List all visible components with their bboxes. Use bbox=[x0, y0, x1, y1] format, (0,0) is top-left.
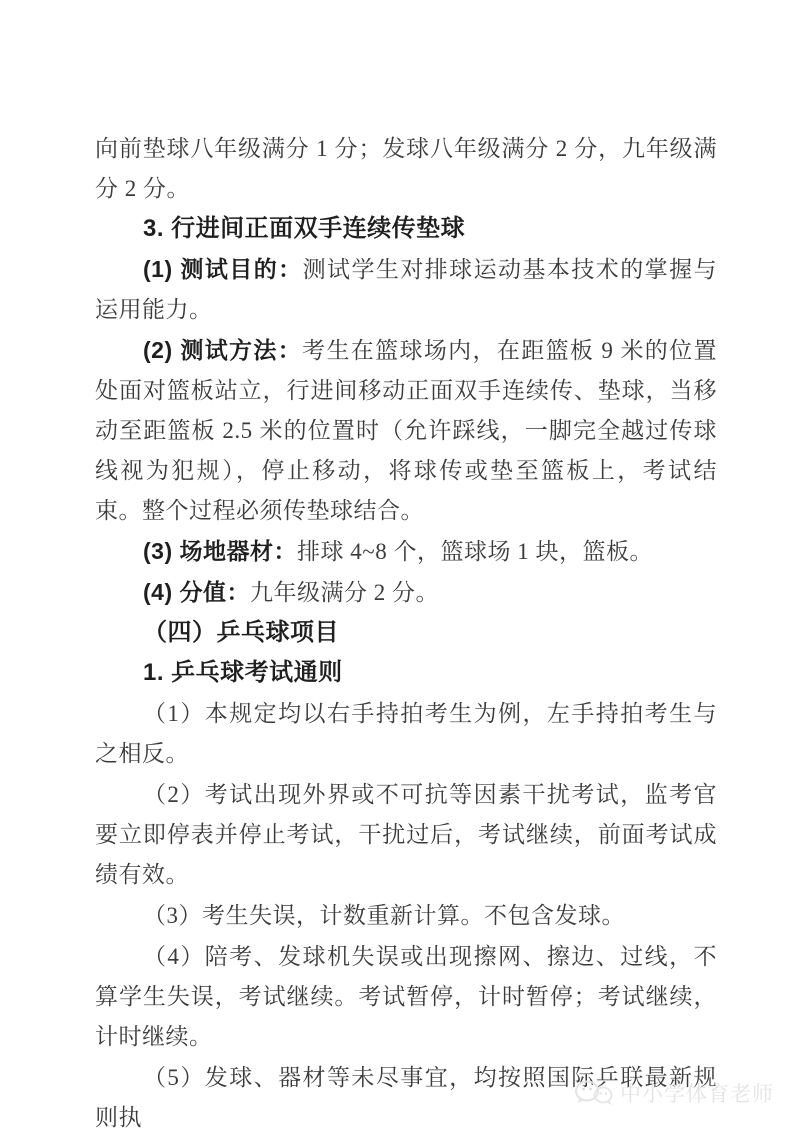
paragraph: （4）陪考、发球机失误或出现擦网、擦边、过线，不算学生失误，考试继续。考试暂停，… bbox=[95, 936, 717, 1057]
paragraph-text: （4）陪考、发球机失误或出现擦网、擦边、过线，不算学生失误，考试继续。考试暂停，… bbox=[95, 944, 717, 1049]
heading-label: （四）乒乓球项目 bbox=[143, 619, 339, 646]
section-heading: 3. 行进间正面双手连续传垫球 bbox=[95, 209, 717, 249]
paragraph: (1) 测试目的：测试学生对排球运动基本技术的掌握与运用能力。 bbox=[95, 249, 717, 330]
paragraph: (4) 分值：九年级满分 2 分。 bbox=[95, 572, 717, 613]
paragraph-label: (2) 测试方法： bbox=[143, 337, 302, 363]
paragraph-text: （3）考生失误，计数重新计算。不包含发球。 bbox=[143, 903, 625, 928]
paragraph: （1）本规定均以右手持拍考生为例，左手持拍考生与之相反。 bbox=[95, 693, 717, 774]
paragraph: （2）考试出现外界或不可抗等因素干扰考试，监考官要立即停表并停止考试，干扰过后，… bbox=[95, 774, 717, 895]
section-heading: 1. 乒乓球考试通则 bbox=[95, 653, 717, 693]
paragraph-label: (4) 分值： bbox=[143, 579, 250, 605]
section-heading: （四）乒乓球项目 bbox=[95, 613, 717, 653]
document-content: 向前垫球八年级满分 1 分；发球八年级满分 2 分，九年级满分 2 分。 3. … bbox=[95, 128, 717, 1131]
paragraph-text: （2）考试出现外界或不可抗等因素干扰考试，监考官要立即停表并停止考试，干扰过后，… bbox=[95, 782, 717, 887]
paragraph-text: 向前垫球八年级满分 1 分；发球八年级满分 2 分，九年级满分 2 分。 bbox=[95, 136, 717, 201]
watermark-text: 中小学体育老师 bbox=[620, 1078, 774, 1108]
heading-label: 3. 行进间正面双手连续传垫球 bbox=[143, 215, 465, 242]
paragraph: (3) 场地器材：排球 4~8 个，篮球场 1 块，篮板。 bbox=[95, 531, 717, 572]
paragraph-text: 考生在篮球场内，在距篮板 9 米的位置处面对篮板站立，行进间移动正面双手连续传、… bbox=[95, 338, 717, 523]
paragraph-text: （1）本规定均以右手持拍考生为例，左手持拍考生与之相反。 bbox=[95, 701, 717, 766]
watermark: 中小学体育老师 bbox=[574, 1078, 774, 1108]
heading-label: 1. 乒乓球考试通则 bbox=[143, 659, 343, 686]
document-page: 向前垫球八年级满分 1 分；发球八年级满分 2 分，九年级满分 2 分。 3. … bbox=[0, 0, 800, 1131]
paragraph: （3）考生失误，计数重新计算。不包含发球。 bbox=[95, 895, 717, 936]
paragraph-label: (1) 测试目的： bbox=[143, 256, 303, 282]
paragraph: 向前垫球八年级满分 1 分；发球八年级满分 2 分，九年级满分 2 分。 bbox=[95, 128, 717, 209]
paragraph: (2) 测试方法：考生在篮球场内，在距篮板 9 米的位置处面对篮板站立，行进间移… bbox=[95, 330, 717, 531]
paragraph-text: 排球 4~8 个，篮球场 1 块，篮板。 bbox=[297, 539, 653, 564]
paragraph-label: (3) 场地器材： bbox=[143, 538, 297, 564]
paragraph-text: 九年级满分 2 分。 bbox=[250, 580, 439, 605]
wechat-icon bbox=[574, 1079, 614, 1107]
